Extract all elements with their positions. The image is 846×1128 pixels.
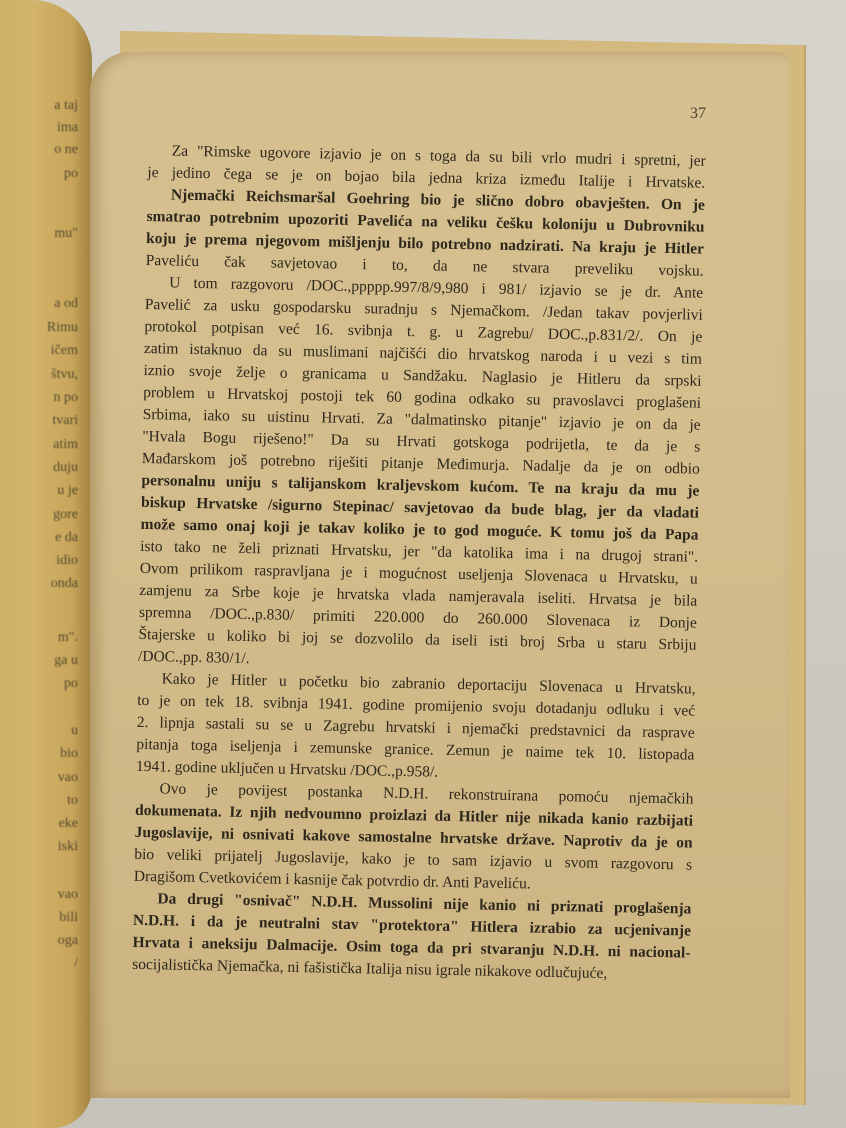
left-text-fragment: / (74, 956, 78, 972)
left-text-fragment: a od (54, 296, 78, 312)
left-text-fragment: ima (57, 120, 78, 136)
left-text-fragment: oga (58, 933, 78, 949)
left-text-fragment: iski (58, 839, 78, 855)
left-text-fragment: atim (53, 437, 78, 453)
left-text-fragment: n po (54, 390, 79, 406)
left-text-fragment: e da (55, 530, 78, 546)
left-text-fragment: bio (60, 746, 78, 762)
left-text-fragment: ga u (54, 653, 78, 669)
page-body-text: Za "Rimske ugovore izjavio je on s toga … (132, 140, 706, 987)
left-text-fragment: vao (58, 887, 78, 903)
left-text-fragment: o ne (54, 142, 78, 158)
left-text-fragment: vao (58, 770, 78, 786)
left-text-fragment: štvu, (51, 367, 78, 383)
left-text-fragment: Rimu (47, 320, 78, 336)
left-text-fragment: eke (59, 816, 78, 832)
left-text-fragment: ičem (51, 343, 78, 359)
page-number: 37 (690, 105, 706, 123)
left-text-fragment: u (71, 723, 78, 739)
left-text-fragment: idio (56, 553, 78, 569)
left-text-fragment: bili (59, 910, 78, 926)
left-text-fragment: po (64, 676, 78, 692)
left-text-fragment: onda (51, 576, 78, 592)
left-page: a tajimao nepomu"a odRimuičemštvu,n potv… (0, 0, 92, 1128)
left-text-fragment: a taj (54, 98, 78, 114)
left-text-fragment: u je (57, 483, 78, 499)
left-text-fragment: tvari (52, 413, 78, 429)
left-text-fragment: po (64, 166, 78, 182)
left-text-fragment: to (67, 793, 78, 809)
left-text-fragment: duju (53, 460, 78, 476)
left-text-fragment: gore (53, 507, 78, 523)
left-text-fragment: mu" (54, 226, 78, 242)
left-text-fragment: m". (58, 630, 78, 646)
